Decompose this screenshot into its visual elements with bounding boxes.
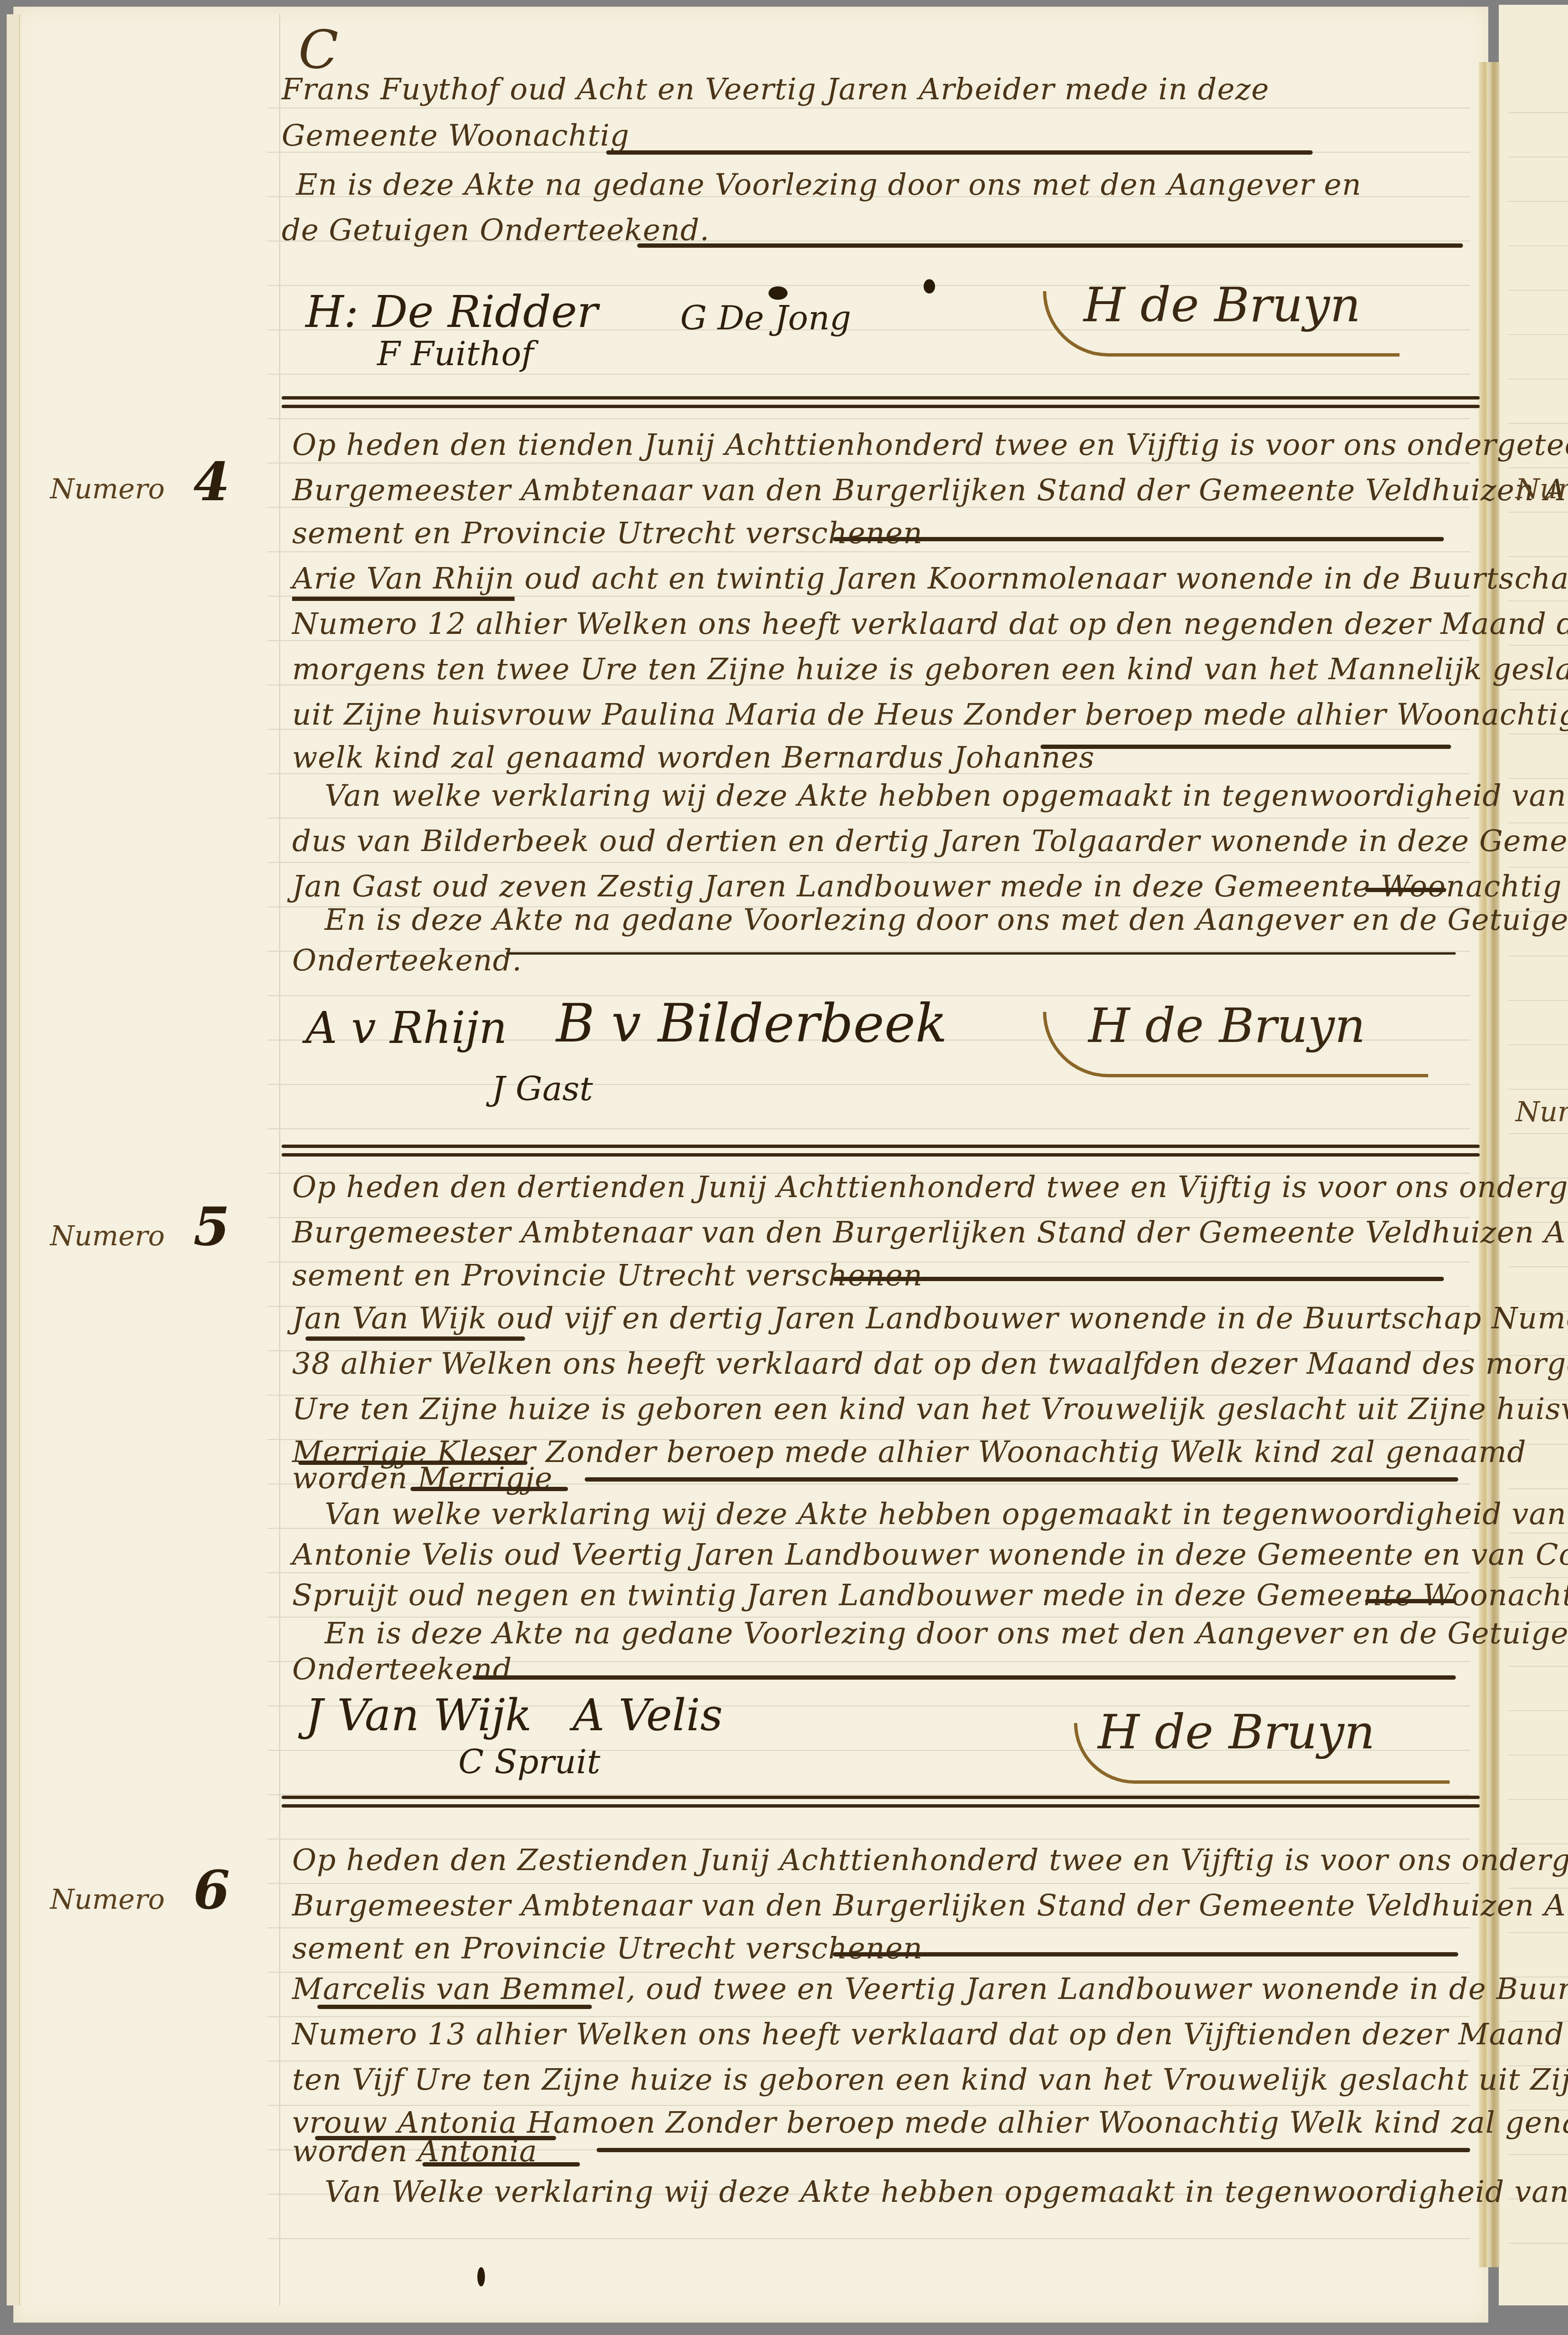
ruled-line (1508, 689, 1568, 690)
signature-flourish (1043, 291, 1400, 357)
text-line: Van welke verklaring wij deze Akte hebbe… (325, 778, 1568, 813)
text-line: Op heden den Zestienden Junij Achttienho… (292, 1842, 1568, 1877)
name-underline (410, 1487, 568, 1491)
text-line: sement en Provincie Utrecht verschenen (292, 1931, 923, 1966)
fill-rule (585, 1477, 1458, 1482)
text-line: Gemeente Woonachtig (282, 118, 630, 153)
ruled-line (1508, 379, 1568, 379)
ruled-line (267, 1084, 1470, 1085)
ruled-line (267, 1128, 1470, 1129)
ruled-line (1508, 112, 1568, 113)
text-line: Marcelis van Bemmel, oud twee en Veertig… (292, 1971, 1568, 2006)
text-line: Van welke verklaring wij deze Akte hebbe… (325, 1496, 1567, 1531)
text-line: Burgemeester Ambtenaar van den Burgerlij… (292, 1888, 1568, 1923)
ruled-line (1508, 1089, 1568, 1090)
ruled-line (267, 1839, 1470, 1840)
text-line: Jan Van Wijk oud vijf en dertig Jaren La… (292, 1301, 1568, 1336)
text-line: de Getuigen Onderteekend. (282, 212, 710, 247)
corner-mark: C (298, 19, 339, 80)
entry-number: 5 (193, 1196, 230, 1257)
ruled-line (267, 1883, 1470, 1884)
name-underline (422, 2162, 580, 2167)
text-line: Spruijt oud negen en twintig Jaren Landb… (292, 1578, 1568, 1612)
ruled-line (267, 1572, 1470, 1573)
ruled-line (267, 551, 1470, 552)
text-line: Burgemeester Ambtenaar van den Burgerlij… (292, 1215, 1568, 1250)
signature: J Gast (492, 1069, 593, 1108)
entry-separator (282, 1796, 1480, 1808)
entry-separator (282, 1145, 1480, 1157)
text-line: morgens ten twee Ure ten Zijne huize is … (292, 652, 1568, 686)
numero-label: Numero (50, 1220, 165, 1252)
ruled-line (267, 862, 1470, 863)
ruled-line (1508, 1133, 1568, 1134)
fill-rule (473, 1675, 1456, 1680)
signature: J Van Wijk (305, 1690, 532, 1741)
page-edge (7, 14, 20, 2305)
ruled-line (1508, 467, 1568, 468)
fill-rule (833, 1277, 1444, 1281)
ruled-line (1508, 2154, 1568, 2155)
fill-rule (597, 2148, 1470, 2152)
entry-number: 4 (193, 451, 230, 513)
fill-rule (606, 150, 1313, 155)
signature: C Spruit (458, 1742, 600, 1781)
ruled-line (1508, 290, 1568, 291)
ruled-line (267, 2061, 1470, 2062)
ruled-line (1508, 1533, 1568, 1534)
ruled-line (1508, 1666, 1568, 1667)
text-line: En is deze Akte na gedane Voorlezing doo… (325, 902, 1568, 937)
text-line: Op heden den dertienden Junij Achttienho… (292, 1169, 1568, 1204)
ink-blot (477, 2267, 485, 2286)
ruled-line (1508, 867, 1568, 868)
text-line: Numero 13 alhier Welken ons heeft verkla… (292, 2017, 1568, 2051)
numero-label: Numero (50, 1883, 165, 1915)
text-line: uit Zijne huisvrouw Paulina Maria de Heu… (292, 697, 1568, 732)
ruled-line (1508, 201, 1568, 202)
ruled-line (1508, 245, 1568, 246)
text-line: dus van Bilderbeek oud dertien en dertig… (292, 823, 1568, 858)
text-line: Numero 12 alhier Welken ons heeft verkla… (292, 606, 1568, 641)
ruled-line (1508, 157, 1568, 158)
book-spine-fold (1479, 62, 1500, 2267)
text-line: Van Welke verklaring wij deze Akte hebbe… (325, 2174, 1568, 2209)
ruled-line (1508, 512, 1568, 513)
ruled-line (1508, 1710, 1568, 1711)
signature: A v Rhijn (305, 1002, 507, 1053)
ruled-line (267, 463, 1470, 463)
text-line: 38 alhier Welken ons heeft verklaard dat… (292, 1346, 1568, 1381)
adjacent-page (1499, 5, 1568, 2305)
text-line: Antonie Velis oud Veertig Jaren Landbouw… (292, 1537, 1568, 1572)
ruled-line (1508, 334, 1568, 335)
signature: B v Bilderbeek (556, 993, 947, 1054)
ruled-line (267, 418, 1470, 419)
ruled-line (1508, 600, 1568, 601)
fill-rule (506, 952, 1456, 955)
signature: H: De Ridder (305, 286, 598, 337)
signature-flourish (1074, 1723, 1450, 1784)
text-line: Frans Fuythof oud Acht en Veertig Jaren … (282, 72, 1269, 106)
ruled-line (1508, 423, 1568, 424)
ruled-line (267, 374, 1470, 375)
ruled-line (267, 1927, 1470, 1928)
ruled-line (1508, 1044, 1568, 1045)
name-underline (317, 2005, 592, 2009)
ruled-line (1508, 2243, 1568, 2244)
text-line: sement en Provincie Utrecht verschenen (292, 1258, 923, 1293)
ruled-line (1508, 1488, 1568, 1489)
ruled-line (1508, 956, 1568, 957)
fill-rule (637, 243, 1463, 248)
ruled-line (267, 107, 1470, 108)
next-page-numero-label: Numero (1515, 473, 1568, 505)
entry-separator (282, 396, 1480, 409)
text-line: Jan Gast oud zeven Zestig Jaren Landbouw… (292, 869, 1562, 904)
text-line: Arie Van Rhijn oud acht en twintig Jaren… (292, 561, 1568, 596)
signature-flourish (1043, 1012, 1428, 1077)
margin-rule (279, 14, 280, 2305)
numero-label: Numero (50, 473, 165, 505)
ruled-line (267, 2238, 1470, 2239)
name-underline (305, 1336, 525, 1341)
text-line: Burgemeester Ambtenaar van den Burgerlij… (292, 473, 1568, 507)
fill-rule (1041, 745, 1451, 749)
ruled-line (267, 1794, 1470, 1795)
text-line: ten Vijf Ure ten Zijne huize is geboren … (292, 2062, 1568, 2097)
text-line: Onderteekend. (292, 1651, 522, 1686)
text-line: En is deze Akte na gedane Voorlezing doo… (296, 167, 1361, 202)
ruled-line (1508, 645, 1568, 646)
signature: A Velis (573, 1690, 723, 1741)
ruled-line (1508, 1799, 1568, 1800)
signature: G De Jong (680, 298, 851, 337)
text-line: En is deze Akte na gedane Voorlezing doo… (325, 1616, 1568, 1651)
ruled-line (1508, 1266, 1568, 1267)
ruled-line (1508, 734, 1568, 735)
fill-rule (1365, 1599, 1456, 1603)
signature: F Fuithof (377, 334, 534, 373)
ruled-line (267, 818, 1470, 819)
text-line: Op heden den tienden Junij Achttienhonde… (292, 427, 1568, 462)
next-page-numero-label: Numero (1515, 1095, 1568, 1128)
fill-rule (833, 537, 1444, 541)
ruled-line (1508, 1000, 1568, 1001)
fill-rule (1365, 888, 1446, 892)
ruled-line (1508, 1932, 1568, 1933)
ink-blot (924, 279, 935, 294)
text-line: Onderteekend. (292, 943, 522, 978)
text-line: Ure ten Zijne huize is geboren een kind … (292, 1391, 1568, 1426)
text-line: sement en Provincie Utrecht verschenen (292, 515, 923, 550)
fill-rule (833, 1952, 1458, 1956)
entry-number: 6 (193, 1859, 230, 1921)
ruled-line (1508, 1755, 1568, 1756)
ink-blot (768, 286, 788, 300)
ruled-line (1508, 556, 1568, 557)
text-line: welk kind zal genaamd worden Bernardus J… (292, 740, 1094, 775)
